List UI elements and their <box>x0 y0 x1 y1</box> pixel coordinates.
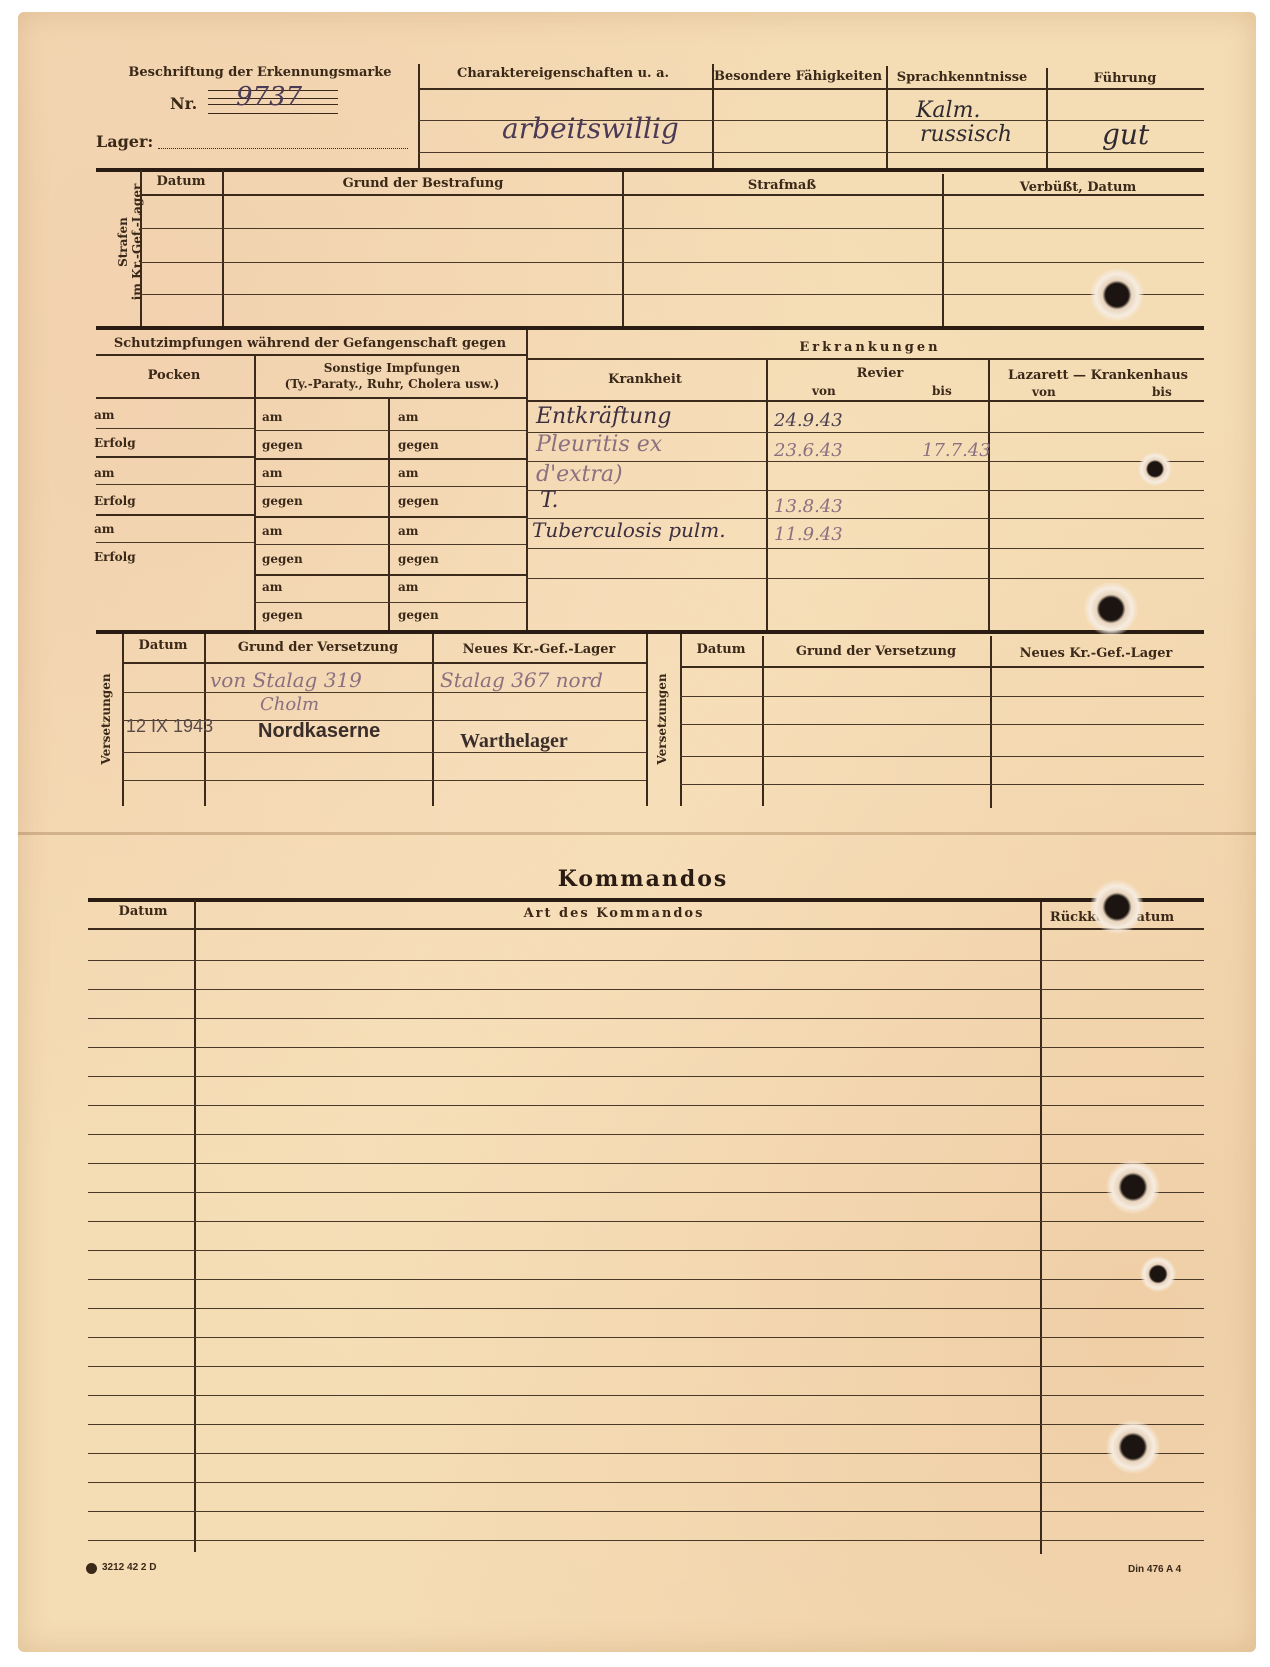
kommandos-col-datum: Datum <box>119 904 168 919</box>
punch-hole <box>1090 268 1144 322</box>
other-vacc-label: am <box>398 524 418 538</box>
punch-hole <box>1106 1420 1160 1474</box>
kommando-row-line <box>88 1453 1204 1454</box>
illness-entry: d'extra) <box>536 462 623 487</box>
pocken-row: am <box>94 522 114 536</box>
pocken-row: Erfolg <box>94 494 136 508</box>
skills-label: Besondere Fähigkeiten <box>714 69 882 84</box>
kommandos-title: Kommandos <box>558 866 729 892</box>
illnesses-col-lazarett-von: von <box>1032 385 1056 399</box>
illnesses-col-lazarett: Lazarett — Krankenhaus <box>1008 368 1188 383</box>
other-vacc-label: am <box>262 524 282 538</box>
vaccinations-title: Schutzimpfungen während der Gefangenscha… <box>114 336 506 351</box>
conduct-value: gut <box>1102 118 1149 151</box>
other-vacc-label: am <box>262 466 282 480</box>
pocken-row: am <box>94 408 114 422</box>
form-number: 3212 42 2 D <box>102 1562 157 1573</box>
kommando-row-line <box>88 1163 1204 1164</box>
other-vacc-label: gegen <box>398 438 439 452</box>
penalties-col-strafmass: Strafmaß <box>748 178 816 193</box>
illnesses-col-krankheit: Krankheit <box>608 372 682 387</box>
kommando-row-line <box>88 1250 1204 1251</box>
pocken-row: am <box>94 466 114 480</box>
lager-field <box>158 148 408 149</box>
other-vacc-label: am <box>398 466 418 480</box>
other-vacc-label: am <box>262 410 282 424</box>
other-vacc-label: gegen <box>398 608 439 622</box>
punch-hole <box>1138 452 1172 486</box>
kommando-row-line <box>88 1366 1204 1367</box>
character-label: Charaktereigenschaften u. a. <box>457 66 669 81</box>
transfer-grund-stamp: Nordkaserne <box>258 720 380 743</box>
illness-revier-von: 23.6.43 <box>774 440 843 461</box>
illness-revier-bis: 17.7.43 <box>922 440 991 461</box>
penalties-col-verbuesst: Verbüßt, Datum <box>1020 180 1136 195</box>
transfer-grund-hand: von Stalag 319 <box>210 668 362 692</box>
illnesses-col-revier-bis: bis <box>932 384 952 398</box>
illness-entry: Pleuritis ex <box>536 432 662 457</box>
illness-entry: Entkräftung <box>536 404 671 429</box>
other-vacc-label: gegen <box>398 494 439 508</box>
kommando-row-line <box>88 1395 1204 1396</box>
transfer-lager-stamp: Warthelager <box>460 730 568 753</box>
punch-hole <box>1140 1256 1176 1292</box>
character-value: arbeitswillig <box>502 112 679 145</box>
nr-value: 9737 <box>236 82 302 112</box>
kommando-row-line <box>88 1047 1204 1048</box>
illnesses-col-revier: Revier <box>857 366 904 381</box>
language-value-1: Kalm. <box>916 98 980 123</box>
kommando-row-line <box>88 1308 1204 1309</box>
transfer-datum-stamp: 12 IX 1943 <box>126 716 213 737</box>
pocken-row: Erfolg <box>94 550 136 564</box>
kommando-row-line <box>88 1424 1204 1425</box>
kommando-row-line <box>88 1279 1204 1280</box>
transfers-col-grund-2: Grund der Versetzung <box>796 644 956 659</box>
kommando-row-line <box>88 1337 1204 1338</box>
page-fold <box>18 832 1256 835</box>
illness-revier-von: 13.8.43 <box>774 496 843 517</box>
kommandos-col-art: Art des Kommandos <box>524 906 705 921</box>
other-vacc-label: am <box>398 580 418 594</box>
penalties-col-grund: Grund der Bestrafung <box>343 176 504 191</box>
pocken-row: Erfolg <box>94 436 136 450</box>
transfer-lager-hand: Stalag 367 nord <box>440 668 603 692</box>
kommando-row-line <box>88 1482 1204 1483</box>
kommando-row-line <box>88 1192 1204 1193</box>
transfers-col-datum: Datum <box>139 638 188 653</box>
kommando-row-line <box>88 1540 1204 1541</box>
kommando-row-line <box>88 1134 1204 1135</box>
other-vacc-label: gegen <box>262 494 303 508</box>
transfers-col-grund: Grund der Versetzung <box>238 640 398 655</box>
languages-label: Sprachkenntnisse <box>897 70 1028 85</box>
nr-label: Nr. <box>170 94 197 113</box>
other-vacc-label: gegen <box>398 552 439 566</box>
kommando-row-line <box>88 1018 1204 1019</box>
vaccinations-col-other-1: Sonstige Impfungen <box>324 361 461 375</box>
transfers-col-lager: Neues Kr.-Gef.-Lager <box>463 642 616 657</box>
language-value-2: russisch <box>920 122 1012 147</box>
conduct-label: Führung <box>1094 71 1157 86</box>
illness-entry: T. <box>540 488 558 513</box>
other-vacc-label: gegen <box>262 438 303 452</box>
lager-label: Lager: <box>96 132 153 151</box>
punch-hole <box>1106 1160 1160 1214</box>
kommando-row-line <box>88 1105 1204 1106</box>
transfer-grund-hand-2: Cholm <box>260 694 319 715</box>
kommando-row-line <box>88 1221 1204 1222</box>
illness-revier-von: 11.9.43 <box>774 524 843 545</box>
punch-hole <box>1084 582 1138 636</box>
other-vacc-label: am <box>398 410 418 424</box>
illnesses-col-revier-von: von <box>812 384 836 398</box>
penalties-col-datum: Datum <box>157 174 206 189</box>
illnesses-col-lazarett-bis: bis <box>1152 385 1172 399</box>
transfers-side-label-left: Versetzungen <box>99 669 113 769</box>
din-label: Din 476 A 4 <box>1128 1564 1181 1575</box>
kommando-row-line <box>88 1076 1204 1077</box>
printer-mark-icon <box>86 1563 97 1574</box>
transfers-col-datum-2: Datum <box>697 642 746 657</box>
kommando-row-line <box>88 989 1204 990</box>
other-vacc-label: gegen <box>262 608 303 622</box>
punch-hole <box>1090 880 1144 934</box>
illnesses-title: Erkrankungen <box>799 340 940 355</box>
transfers-col-lager-2: Neues Kr.-Gef.-Lager <box>1020 646 1173 661</box>
illness-entry: Tuberculosis pulm. <box>532 518 726 542</box>
other-vacc-label: gegen <box>262 552 303 566</box>
vaccinations-col-other-2: (Ty.-Paraty., Ruhr, Cholera usw.) <box>285 377 500 391</box>
transfers-side-label-right: Versetzungen <box>655 669 669 769</box>
kommando-row-line <box>88 960 1204 961</box>
tag-label: Beschriftung der Erkennungsmarke <box>128 65 391 80</box>
illness-revier-von: 24.9.43 <box>774 410 843 431</box>
kommando-row-line <box>88 1511 1204 1512</box>
other-vacc-label: am <box>262 580 282 594</box>
vaccinations-col-pocken: Pocken <box>148 368 201 383</box>
